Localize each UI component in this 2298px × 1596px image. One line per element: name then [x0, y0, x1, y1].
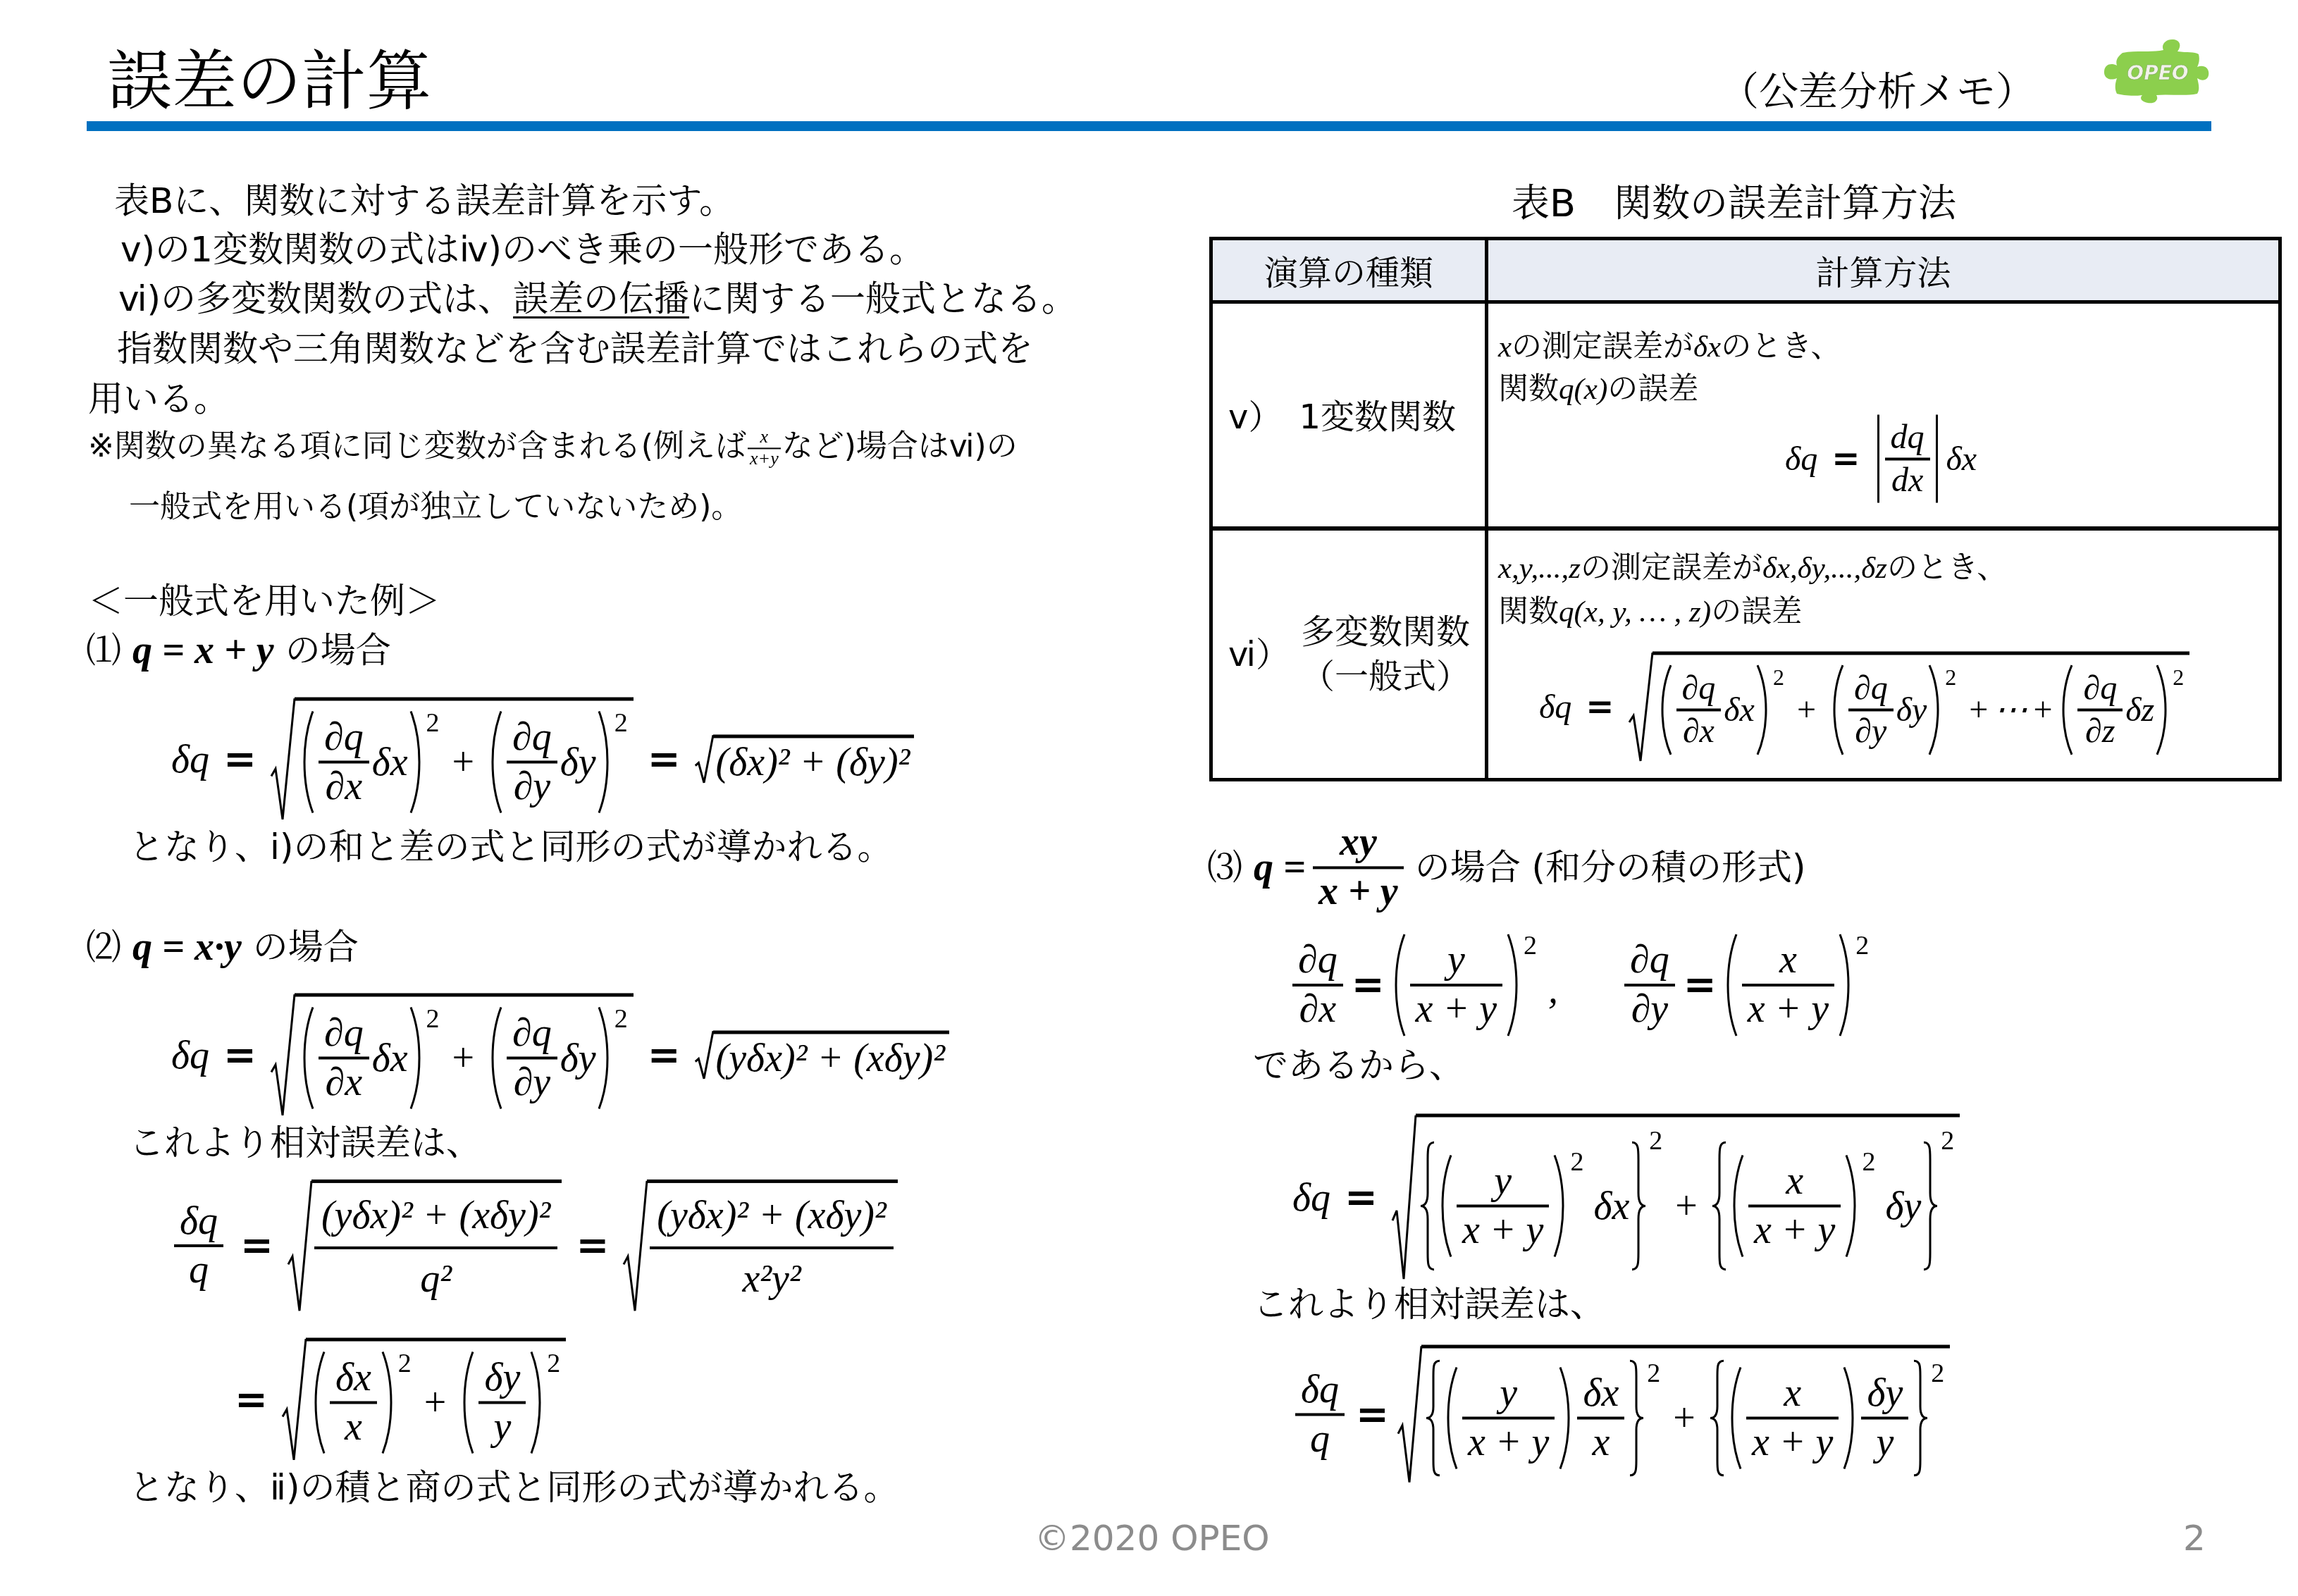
plus-sign: + — [1956, 690, 1994, 731]
factor: δx — [1941, 438, 1977, 479]
numerator: y — [1488, 1158, 1517, 1205]
brace-stroke — [1632, 1142, 1645, 1269]
paren-stroke — [1732, 1368, 1741, 1469]
radical-icon — [288, 1180, 311, 1312]
denominator: x²y² — [735, 1249, 808, 1310]
text: の誤差 — [1607, 371, 1698, 407]
paren-stroke — [2157, 665, 2166, 755]
paren-stroke — [1443, 1156, 1451, 1257]
radical-icon — [623, 1180, 647, 1312]
left-paren-icon — [1829, 664, 1846, 757]
factor: δx — [372, 1039, 408, 1078]
factor: δy — [560, 1039, 596, 1078]
table-divider — [1213, 526, 2278, 531]
factor: δy — [1896, 690, 1927, 731]
paren-stroke — [1508, 934, 1516, 1036]
abs-bar-left — [1877, 415, 1879, 503]
note-post: など)場合はⅵ)の — [782, 428, 1018, 464]
page-number: 2 — [2183, 1517, 2206, 1559]
radicand: δxx 2 + δyy 2 — [306, 1338, 566, 1461]
equals-sign: = — [1347, 1394, 1397, 1434]
radical-icon — [1397, 1345, 1421, 1484]
row-vi-formula: δq = ∂q∂x δx 2 + ∂q∂y δy 2 — [1539, 652, 2189, 762]
abs-bar-right — [1936, 415, 1938, 503]
case1-formula: δq = ∂q∂x δx 2 + ∂q∂y δy 2 = (δx)² + (δy… — [171, 698, 914, 821]
page-title: 誤差の計算 — [107, 49, 431, 114]
numerator: δq — [1295, 1366, 1345, 1413]
row-v-description-2: 関数q(x)の誤差 — [1498, 371, 1698, 408]
fraction: yx + y — [1410, 937, 1503, 1032]
paren-stroke — [493, 712, 501, 813]
exponent: 2 — [398, 1350, 412, 1377]
right-brace-icon — [1921, 1142, 1939, 1271]
paren-stroke — [1734, 1156, 1743, 1257]
denominator: q — [183, 1247, 214, 1294]
text: の測定誤差が — [1512, 329, 1693, 364]
left-paren-icon — [299, 710, 316, 815]
partial-derivative: ∂q∂z — [2077, 669, 2123, 752]
formula-lhs: δq — [171, 1035, 209, 1075]
paren-stroke — [304, 712, 313, 813]
numerator: x — [1774, 937, 1803, 984]
exponent: 2 — [2173, 664, 2184, 691]
radicand: yx + y δxx 2 + xx + y δyy 2 — [1421, 1345, 1950, 1484]
radicand: (yδx)² + (xδy)²q² — [311, 1180, 562, 1312]
square-root: yx + y 2 δx 2 + xx + y 2 δy 2 — [1392, 1114, 1960, 1281]
note-pre: ※関数の異なる項に同じ変数が含まれる(例えば — [88, 428, 746, 464]
right-paren-icon — [1843, 1153, 1860, 1259]
squared-term: ∂q∂x δx 2 — [1657, 664, 1784, 757]
fraction: δxx — [330, 1355, 377, 1450]
radical-icon — [695, 1031, 713, 1080]
left-paren-icon — [487, 1006, 504, 1111]
intro-line-3: ⅵ)の多変数関数の式は、誤差の伝播に関する一般式となる。 — [118, 278, 1077, 320]
text: の誤差 — [1711, 594, 1802, 629]
case3-because: であるから、 — [1253, 1044, 1464, 1087]
case2-suffix: の場合 — [253, 926, 359, 968]
left-paren-icon — [487, 710, 504, 815]
paren-stroke — [1662, 665, 1671, 755]
left-paren-icon — [1390, 932, 1407, 1038]
radical-stroke — [695, 735, 712, 783]
numerator: δy — [1861, 1371, 1908, 1417]
square-root: ∂q∂x δx 2 + ∂q∂y δy 2 — [271, 698, 634, 821]
right-paren-icon — [380, 1350, 397, 1456]
numerator: ∂q — [507, 1010, 557, 1057]
formula-lhs: δq — [1785, 438, 1817, 479]
right-paren-icon — [1755, 664, 1772, 757]
radicand-result: (δx)² + (δy)² — [713, 735, 915, 784]
brace-stroke — [1421, 1142, 1434, 1269]
numerator: (yδx)² + (xδy)² — [314, 1186, 557, 1247]
factor: δx — [1724, 690, 1755, 731]
denominator: x+y — [748, 449, 781, 469]
paren-stroke — [411, 1008, 419, 1109]
fraction: δxx — [1577, 1371, 1624, 1466]
case1-label: ⑴ — [86, 629, 121, 672]
ellipsis: ⋯ — [1994, 690, 2027, 731]
left-paren-icon — [1726, 1366, 1743, 1471]
radical-sign — [695, 735, 713, 784]
paren-stroke — [464, 1352, 473, 1454]
equals-sign: = — [634, 1035, 695, 1075]
brace-stroke — [1924, 1142, 1937, 1269]
relative-error-fraction: δqq — [1295, 1366, 1345, 1461]
numerator: δq — [174, 1198, 223, 1244]
brace-stroke — [1426, 1361, 1440, 1476]
note-line-1: ※関数の異なる項に同じ変数が含まれる(例えばxx+yなど)場合はⅵ)の — [88, 427, 1018, 469]
numerator: ∂q — [1848, 669, 1894, 709]
denominator: x + y — [1457, 1208, 1550, 1254]
radical-stroke — [288, 1181, 311, 1311]
radicand: ∂q∂x δx 2 + ∂q∂y δy 2 — [295, 698, 634, 821]
numerator: ∂q — [1676, 669, 1722, 709]
denominator: x + y — [1746, 1420, 1839, 1466]
factor: δz — [2125, 690, 2154, 731]
note-inline-fraction: xx+y — [748, 427, 781, 469]
numerator: xy — [1334, 819, 1383, 866]
radical-icon — [1392, 1114, 1416, 1281]
paren-stroke — [493, 1008, 501, 1109]
row-vi-prefix: ⅵ） — [1228, 635, 1290, 676]
right-paren-icon — [1841, 1366, 1858, 1471]
exponent: 2 — [614, 710, 628, 736]
fraction: yx + y — [1457, 1158, 1550, 1254]
left-brace-icon — [1708, 1360, 1726, 1477]
case3-relative-formula: δqq = yx + y δxx 2 + xx + y δyy 2 — [1292, 1345, 1950, 1484]
equals-sign: = — [1330, 1177, 1392, 1217]
numerator: x — [758, 427, 771, 447]
exponent: 2 — [1773, 664, 1784, 691]
case2-relative-intro: これより相対誤差は、 — [129, 1122, 481, 1164]
radical-icon — [271, 698, 295, 821]
case3-formula: δq = yx + y 2 δx 2 + xx + y 2 δy — [1292, 1114, 1960, 1281]
squared-term: ∂q∂x δx 2 — [299, 1006, 440, 1111]
squared-term: δyy 2 — [459, 1350, 560, 1456]
text: 関数 — [1498, 594, 1559, 629]
right-brace-icon — [1911, 1360, 1929, 1477]
left-paren-icon — [1443, 1366, 1459, 1471]
math-expr: q(x) — [1559, 373, 1607, 406]
case3-partials: ∂q∂x = yx + y 2 , ∂q∂y = xx + y 2 — [1290, 932, 1869, 1038]
denominator: ∂x — [1294, 986, 1342, 1033]
intro-line-4: 指数関数や三角関数などを含む誤差計算ではこれらの式を — [117, 328, 1033, 370]
table-column-divider — [1485, 240, 1488, 778]
radical-icon — [1629, 652, 1653, 762]
exponent: 2 — [1647, 1360, 1660, 1387]
separator-comma: , — [1537, 970, 1621, 1010]
radical-stroke — [624, 1181, 647, 1311]
exponent: 2 — [614, 1006, 628, 1032]
paren-stroke — [1846, 1156, 1855, 1257]
paren-stroke — [1758, 665, 1766, 755]
left-paren-icon — [1657, 664, 1674, 757]
left-brace-icon — [1710, 1142, 1729, 1271]
radical-sign — [271, 698, 295, 821]
case2-relative-formula: δqq = (yδx)² + (xδy)²q² = (yδx)² + (xδy)… — [171, 1180, 898, 1312]
numerator: ∂q — [1624, 937, 1675, 984]
right-paren-icon — [596, 1006, 613, 1111]
row-vi-type-label: 多変数関数 — [1297, 612, 1474, 653]
table-caption: 表B 関数の誤差計算方法 — [1512, 181, 1956, 227]
intro-line-5: 用いる。 — [88, 378, 229, 420]
equals-sign: = — [209, 739, 271, 779]
squared-term: δxx 2 — [310, 1350, 412, 1456]
denominator: ∂y — [1849, 712, 1892, 752]
right-paren-icon — [1557, 1366, 1574, 1471]
note-line-2: 一般式を用いる(項が独立していないため)。 — [129, 489, 742, 526]
text: 関数 — [1498, 371, 1559, 407]
denominator: x + y — [1748, 1208, 1841, 1254]
intro-underlined-term: 誤差の伝播 — [513, 278, 689, 319]
fraction: xx + y — [1742, 937, 1835, 1032]
brace-stroke — [1914, 1361, 1927, 1476]
numerator: δx — [1577, 1371, 1624, 1417]
plus-sign: + — [1662, 1187, 1710, 1226]
paren-stroke — [383, 1352, 391, 1454]
exponent: 2 — [1649, 1127, 1662, 1154]
square-root: yx + y δxx 2 + xx + y δyy 2 — [1397, 1345, 1950, 1484]
left-paren-icon — [1722, 932, 1739, 1038]
exponent: 2 — [1945, 664, 1956, 691]
plus-sign: + — [1660, 1399, 1708, 1438]
left-paren-icon — [299, 1006, 316, 1111]
equals-sign: = — [562, 1226, 623, 1266]
squared-term: yx + y 2 — [1390, 932, 1538, 1038]
plus-sign: + — [440, 1039, 488, 1078]
radical-sign — [288, 1180, 311, 1312]
opeo-logo-icon: OPEO — [2101, 37, 2211, 104]
radical-sign — [282, 1338, 306, 1461]
paren-stroke — [599, 1008, 607, 1109]
exponent: 2 — [426, 1006, 440, 1032]
squared-term: ∂q∂x δx 2 — [299, 710, 440, 815]
paren-stroke — [1560, 1368, 1569, 1469]
fraction: δyy — [1861, 1371, 1908, 1466]
math-var: δx,δy,...,δz — [1762, 552, 1887, 585]
brace-stroke — [1712, 1142, 1726, 1269]
fraction: xx + y — [1746, 1371, 1839, 1466]
denominator: y — [488, 1404, 517, 1451]
left-brace-icon — [1424, 1360, 1443, 1477]
row-vi-description-1: x,y,...,zの測定誤差がδx,δy,...,δzのとき、 — [1498, 550, 2007, 587]
braced-term: yx + y δxx 2 — [1424, 1360, 1660, 1477]
text: のとき、 — [1887, 550, 2007, 586]
denominator: y — [1870, 1420, 1899, 1466]
left-brace-icon — [1419, 1142, 1437, 1271]
table-header-method: 計算方法 — [1488, 240, 2278, 300]
plus-sign: + — [440, 743, 488, 782]
partial-derivative: ∂q∂y — [507, 715, 557, 810]
partial-derivative: ∂q∂x — [319, 1010, 369, 1106]
square-root: ∂q∂x δx 2 + ∂q∂y δy 2 — [271, 994, 634, 1117]
text: のとき、 — [1721, 329, 1841, 364]
equals-sign: = — [226, 1226, 288, 1266]
exponent: 2 — [1941, 1127, 1954, 1154]
denominator: ∂x — [320, 1060, 369, 1106]
paren-stroke — [1840, 934, 1848, 1036]
denominator: x — [339, 1404, 368, 1451]
braced-term: xx + y δyy 2 — [1708, 1360, 1944, 1477]
denominator: ∂x — [1677, 712, 1720, 752]
radical-stroke — [271, 698, 295, 819]
case1-conclusion: となり、ⅰ)の和と差の式と同形の式が導かれる。 — [129, 826, 892, 868]
paren-stroke — [599, 712, 607, 813]
fraction: (yδx)² + (xδy)²x²y² — [650, 1186, 893, 1309]
denominator: ∂y — [508, 764, 557, 810]
exponent: 2 — [547, 1350, 560, 1377]
paren-stroke — [1555, 1156, 1563, 1257]
formula-lhs: δq — [171, 739, 209, 779]
square-root: ∂q∂x δx 2 + ∂q∂y δy 2 + ⋯ + — [1629, 652, 2190, 762]
right-paren-icon — [1552, 1153, 1569, 1259]
case3-suffix: の場合 (和分の積の形式) — [1407, 846, 1806, 889]
square-root: δxx 2 + δyy 2 — [282, 1338, 566, 1461]
text: の測定誤差が — [1581, 550, 1762, 586]
numerator: (yδx)² + (xδy)² — [650, 1186, 893, 1247]
brace-stroke — [1630, 1361, 1643, 1476]
numerator: ∂q — [507, 715, 557, 761]
equals-sign: = — [634, 739, 695, 779]
exponent: 2 — [1524, 932, 1537, 959]
radicand: ∂q∂x δx 2 + ∂q∂y δy 2 — [295, 994, 634, 1117]
row-v-type-label: ⅴ） 1変数関数 — [1228, 397, 1456, 438]
right-paren-icon — [1837, 932, 1854, 1038]
paren-stroke — [411, 712, 419, 813]
equals-sign: = — [1571, 686, 1628, 727]
fraction: (yδx)² + (xδy)²q² — [314, 1186, 557, 1309]
fraction: yx + y — [1462, 1371, 1555, 1466]
plus-sign: + — [2027, 690, 2058, 731]
radical-sign — [1629, 652, 1653, 762]
numerator: ∂q — [319, 1010, 369, 1057]
exponent: 2 — [1855, 932, 1869, 959]
header-accent-bar — [87, 121, 2211, 131]
case2-heading: ⑵ q = x·y の場合 — [86, 926, 359, 968]
plus-sign: + — [1784, 690, 1829, 731]
radical-sign — [271, 994, 295, 1117]
denominator: ∂y — [508, 1060, 557, 1106]
factor: δx — [1583, 1187, 1629, 1226]
right-brace-icon — [1629, 1142, 1648, 1271]
paren-stroke — [316, 1352, 324, 1454]
equals-sign: = — [1346, 965, 1390, 1005]
denominator: x + y — [1410, 986, 1503, 1033]
logo-text: OPEO — [2127, 61, 2188, 85]
row-vi-type-sublabel: （一般式） — [1297, 657, 1474, 698]
case3-equation-lhs: q = — [1242, 848, 1310, 887]
table-header-type: 演算の種類 — [1213, 240, 1485, 300]
plus-sign: + — [412, 1383, 459, 1423]
squared-term: ∂q∂y δy 2 — [1829, 664, 1956, 757]
paren-stroke — [1396, 934, 1404, 1036]
radicand: (yδx)² + (xδy)²x²y² — [647, 1180, 897, 1312]
radical-sign — [1392, 1114, 1416, 1281]
case2-formula: δq = ∂q∂x δx 2 + ∂q∂y δy 2 = (yδx)² + (x… — [171, 994, 949, 1117]
denominator: dx — [1886, 460, 1929, 500]
squared-term: xx + y 2 — [1722, 932, 1870, 1038]
numerator: y — [1494, 1371, 1523, 1417]
case1-equation: q = x + y — [121, 631, 285, 670]
right-paren-icon — [1505, 932, 1522, 1038]
math-expr: q(x, y, … , z) — [1559, 595, 1711, 629]
factor: δx — [372, 743, 408, 782]
brace-stroke — [1710, 1361, 1724, 1476]
numerator: ∂q — [319, 715, 369, 761]
denominator: x + y — [1313, 869, 1404, 915]
radicand: ∂q∂x δx 2 + ∂q∂y δy 2 + ⋯ + — [1653, 652, 2190, 762]
radical-icon — [695, 735, 713, 784]
paren-stroke — [1834, 665, 1843, 755]
left-paren-icon — [1437, 1153, 1454, 1259]
squared-term: ∂q∂y δy 2 — [487, 1006, 628, 1111]
fraction: xx + y — [1748, 1158, 1841, 1254]
square-root: (yδx)² + (xδy)²x²y² — [623, 1180, 897, 1312]
paren-stroke — [1448, 1368, 1457, 1469]
error-calculation-table: 演算の種類 計算方法 ⅴ） 1変数関数 xの測定誤差がδxのとき、 関数q(x)… — [1209, 237, 2282, 781]
row-v-description-1: xの測定誤差がδxのとき、 — [1498, 329, 1841, 366]
right-brace-icon — [1627, 1360, 1645, 1477]
intro-line-3-post: に関する一般式となる。 — [689, 278, 1077, 319]
denominator: x + y — [1462, 1420, 1555, 1466]
radical-stroke — [283, 1339, 306, 1460]
right-paren-icon — [529, 1350, 545, 1456]
radical-sign — [623, 1180, 647, 1312]
left-paren-icon — [2058, 664, 2075, 757]
right-paren-icon — [2154, 664, 2171, 757]
denominator: q — [1304, 1416, 1335, 1462]
inner-exponent: 2 — [1570, 1149, 1583, 1175]
fraction: δyy — [478, 1355, 526, 1450]
numerator: dq — [1885, 417, 1930, 457]
intro-line-2: ⅴ)の1変数関数の式はⅳ)のべき乗の一般形である。 — [121, 228, 925, 271]
radical-stroke — [1398, 1346, 1421, 1482]
numerator: x — [1778, 1371, 1807, 1417]
right-paren-icon — [408, 710, 425, 815]
derivative: dqdx — [1885, 417, 1930, 500]
radical-icon — [271, 994, 295, 1117]
row-vi-description-2: 関数q(x, y, … , z)の誤差 — [1498, 594, 1802, 631]
paren-stroke — [304, 1008, 313, 1109]
square-root: (yδx)² + (xδy)² — [695, 1031, 949, 1080]
case2-equation: q = x·y — [121, 927, 253, 967]
row-v-formula: δq = dqdx δx — [1785, 415, 1977, 503]
left-paren-icon — [310, 1350, 327, 1456]
left-paren-icon — [1729, 1153, 1746, 1259]
right-paren-icon — [596, 710, 613, 815]
denominator: q² — [413, 1249, 459, 1310]
case3-label: ⑶ — [1207, 846, 1242, 889]
square-root: (yδx)² + (xδy)²q² — [288, 1180, 562, 1312]
denominator: x — [1586, 1420, 1615, 1466]
numerator: ∂q — [1292, 937, 1343, 984]
inner-exponent: 2 — [1862, 1149, 1875, 1175]
examples-heading: ＜一般式を用いた例＞ — [88, 580, 440, 622]
math-var: x,y,...,z — [1498, 552, 1581, 585]
intro-line-3-pre: ⅵ)の多変数関数の式は、 — [118, 278, 513, 319]
numerator: y — [1442, 937, 1471, 984]
radical-stroke — [271, 994, 295, 1115]
case1-suffix: の場合 — [285, 629, 391, 672]
formula-lhs: δq — [1539, 686, 1571, 727]
relative-error-fraction: δqq — [174, 1198, 223, 1293]
case3-equation-fraction: xyx + y — [1313, 819, 1404, 915]
equals-sign: = — [209, 1035, 271, 1075]
equals-sign: = — [1678, 965, 1722, 1005]
partial-derivative: ∂q∂y — [507, 1010, 557, 1106]
partial-derivative: ∂q∂x — [1292, 937, 1343, 1032]
paren-stroke — [1929, 665, 1938, 755]
